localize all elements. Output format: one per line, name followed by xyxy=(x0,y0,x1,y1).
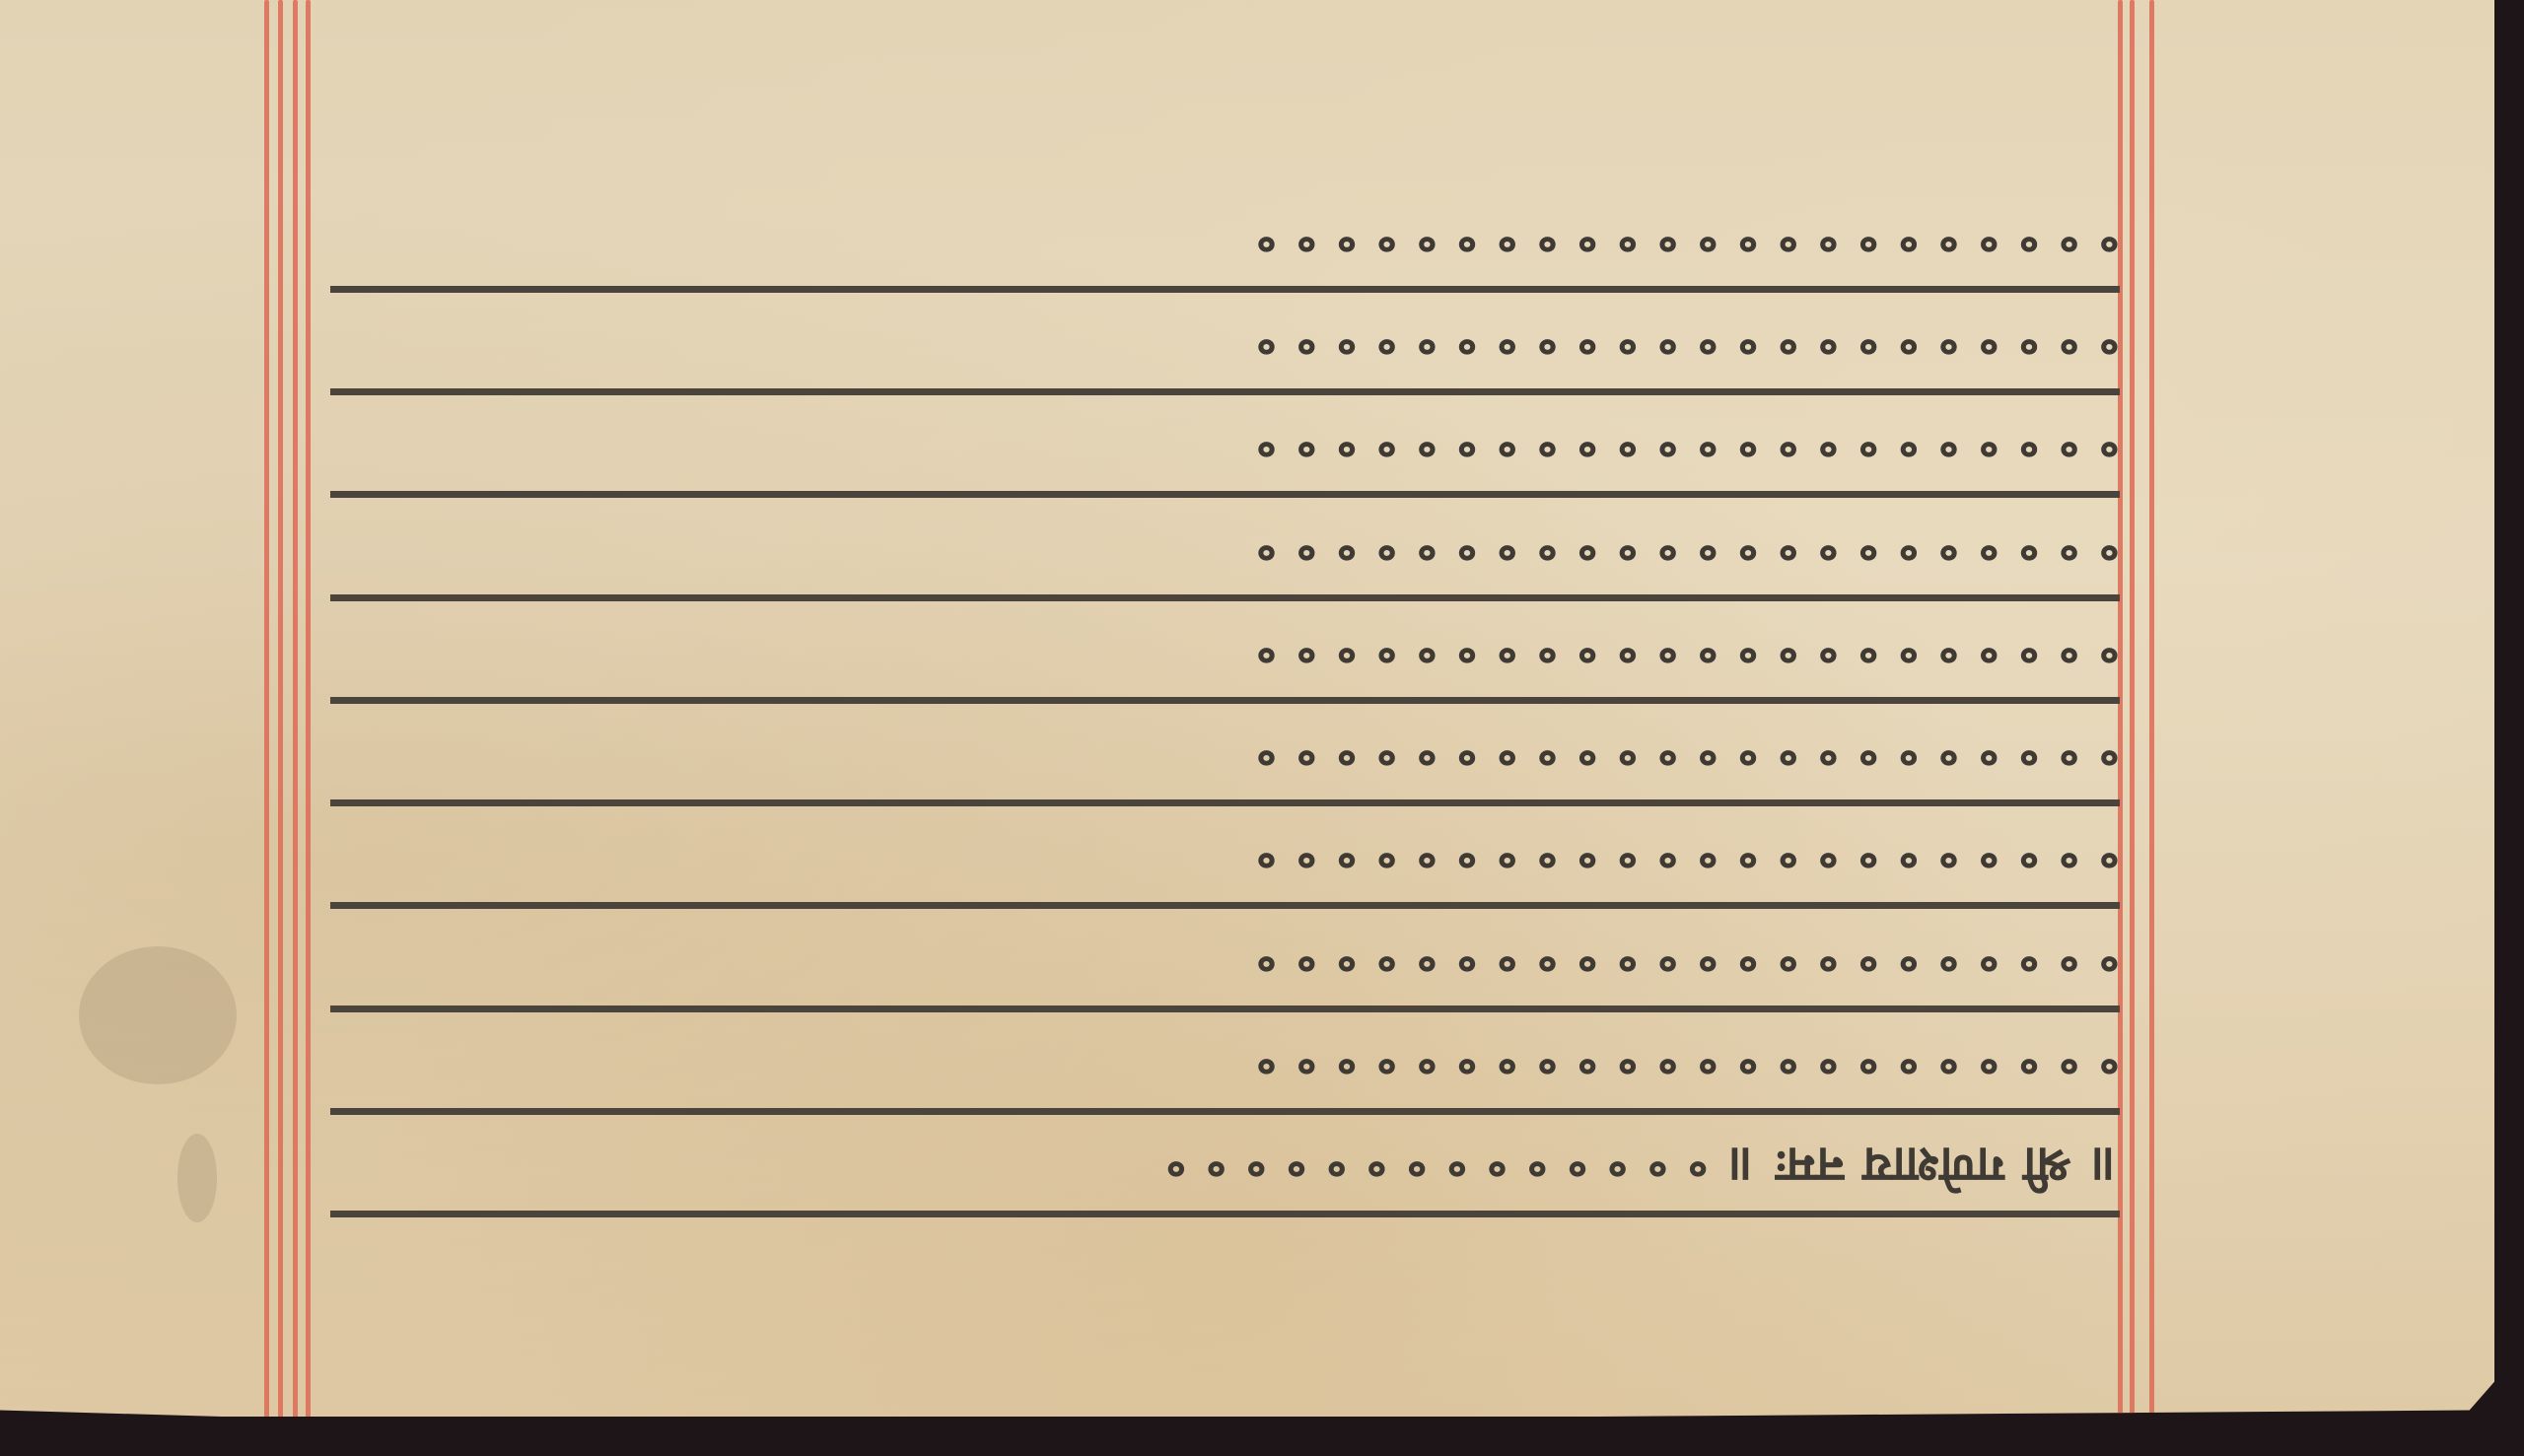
background-edge-right xyxy=(2494,0,2524,1456)
text-line: ॥ श्री गणेशाय नमः ॥ ॰ ॰ ॰ ॰ ॰ ॰ ॰ ॰ ॰ ॰ … xyxy=(330,1127,2120,1217)
text-line: ॰ ॰ ॰ ॰ ॰ ॰ ॰ ॰ ॰ ॰ ॰ ॰ ॰ ॰ ॰ ॰ ॰ ॰ ॰ ॰ … xyxy=(330,818,2120,909)
manuscript-folio: ॥ श्री गणेशाय नमः ॥ ॰ ॰ ॰ ॰ ॰ ॰ ॰ ॰ ॰ ॰ … xyxy=(0,0,2494,1424)
text-line: ॰ ॰ ॰ ॰ ॰ ॰ ॰ ॰ ॰ ॰ ॰ ॰ ॰ ॰ ॰ ॰ ॰ ॰ ॰ ॰ … xyxy=(330,613,2120,704)
text-line: ॰ ॰ ॰ ॰ ॰ ॰ ॰ ॰ ॰ ॰ ॰ ॰ ॰ ॰ ॰ ॰ ॰ ॰ ॰ ॰ … xyxy=(330,407,2120,498)
text-line: ॰ ॰ ॰ ॰ ॰ ॰ ॰ ॰ ॰ ॰ ॰ ॰ ॰ ॰ ॰ ॰ ॰ ॰ ॰ ॰ … xyxy=(330,202,2120,293)
text-line: ॰ ॰ ॰ ॰ ॰ ॰ ॰ ॰ ॰ ॰ ॰ ॰ ॰ ॰ ॰ ॰ ॰ ॰ ॰ ॰ … xyxy=(330,305,2120,395)
right-margin-rule xyxy=(2130,0,2135,1424)
paper-stain xyxy=(177,1134,217,1222)
left-margin-rule xyxy=(306,0,311,1424)
left-margin-rule xyxy=(293,0,298,1424)
text-line: ॰ ॰ ॰ ॰ ॰ ॰ ॰ ॰ ॰ ॰ ॰ ॰ ॰ ॰ ॰ ॰ ॰ ॰ ॰ ॰ … xyxy=(330,922,2120,1012)
text-line: ॰ ॰ ॰ ॰ ॰ ॰ ॰ ॰ ॰ ॰ ॰ ॰ ॰ ॰ ॰ ॰ ॰ ॰ ॰ ॰ … xyxy=(330,1024,2120,1115)
manuscript-text-block: ॥ श्री गणेशाय नमः ॥ ॰ ॰ ॰ ॰ ॰ ॰ ॰ ॰ ॰ ॰ … xyxy=(330,202,2120,1217)
text-line: ॰ ॰ ॰ ॰ ॰ ॰ ॰ ॰ ॰ ॰ ॰ ॰ ॰ ॰ ॰ ॰ ॰ ॰ ॰ ॰ … xyxy=(330,716,2120,806)
background-edge-bottom xyxy=(0,1417,2524,1456)
text-line: ॰ ॰ ॰ ॰ ॰ ॰ ॰ ॰ ॰ ॰ ॰ ॰ ॰ ॰ ॰ ॰ ॰ ॰ ॰ ॰ … xyxy=(330,511,2120,601)
left-margin-rule xyxy=(264,0,269,1424)
right-margin-rule xyxy=(2149,0,2154,1424)
paper-stain xyxy=(79,946,237,1084)
left-margin-rule xyxy=(278,0,283,1424)
